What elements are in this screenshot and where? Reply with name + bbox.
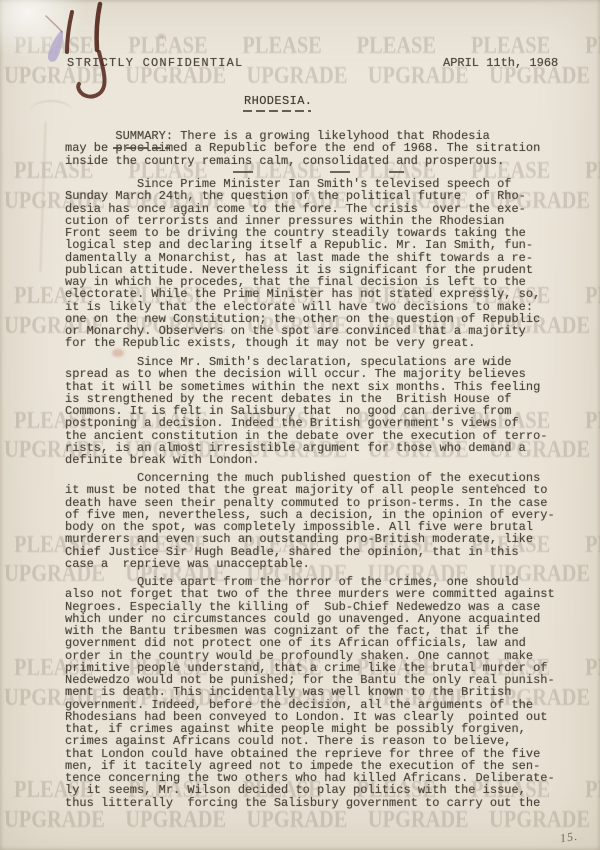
typed-underline-mark bbox=[389, 171, 404, 173]
pen-stroke-hook bbox=[78, 52, 104, 97]
typed-underline-mark bbox=[233, 171, 253, 173]
paragraph-body: Quite apart from the horror of the crime… bbox=[65, 576, 555, 809]
summary-typed-underline bbox=[113, 147, 170, 149]
pen-stroke bbox=[67, 12, 72, 52]
pen-stroke bbox=[97, 4, 100, 50]
scanned-document-sheet: PLEASE PLEASE PLEASE PLEASE PLEASE PLEAS… bbox=[0, 0, 600, 850]
title-typed-underline bbox=[243, 110, 311, 112]
pen-scribble-icon bbox=[0, 0, 170, 140]
lavender-ink-blob bbox=[48, 31, 63, 62]
typed-underline-mark bbox=[330, 171, 350, 173]
paragraph-body: Since Prime Minister Ian Smith's televis… bbox=[65, 178, 540, 350]
pen-scratch bbox=[46, 16, 62, 32]
page-title: RHODESIA. bbox=[244, 95, 312, 107]
pencil-page-number: 15. bbox=[559, 829, 579, 847]
paragraph-body: Concerning the much published question o… bbox=[65, 472, 555, 570]
paragraph-body: Since Mr. Smith's declaration, speculati… bbox=[65, 356, 547, 466]
date-label: APRIL 11th, 1968 bbox=[443, 57, 558, 69]
